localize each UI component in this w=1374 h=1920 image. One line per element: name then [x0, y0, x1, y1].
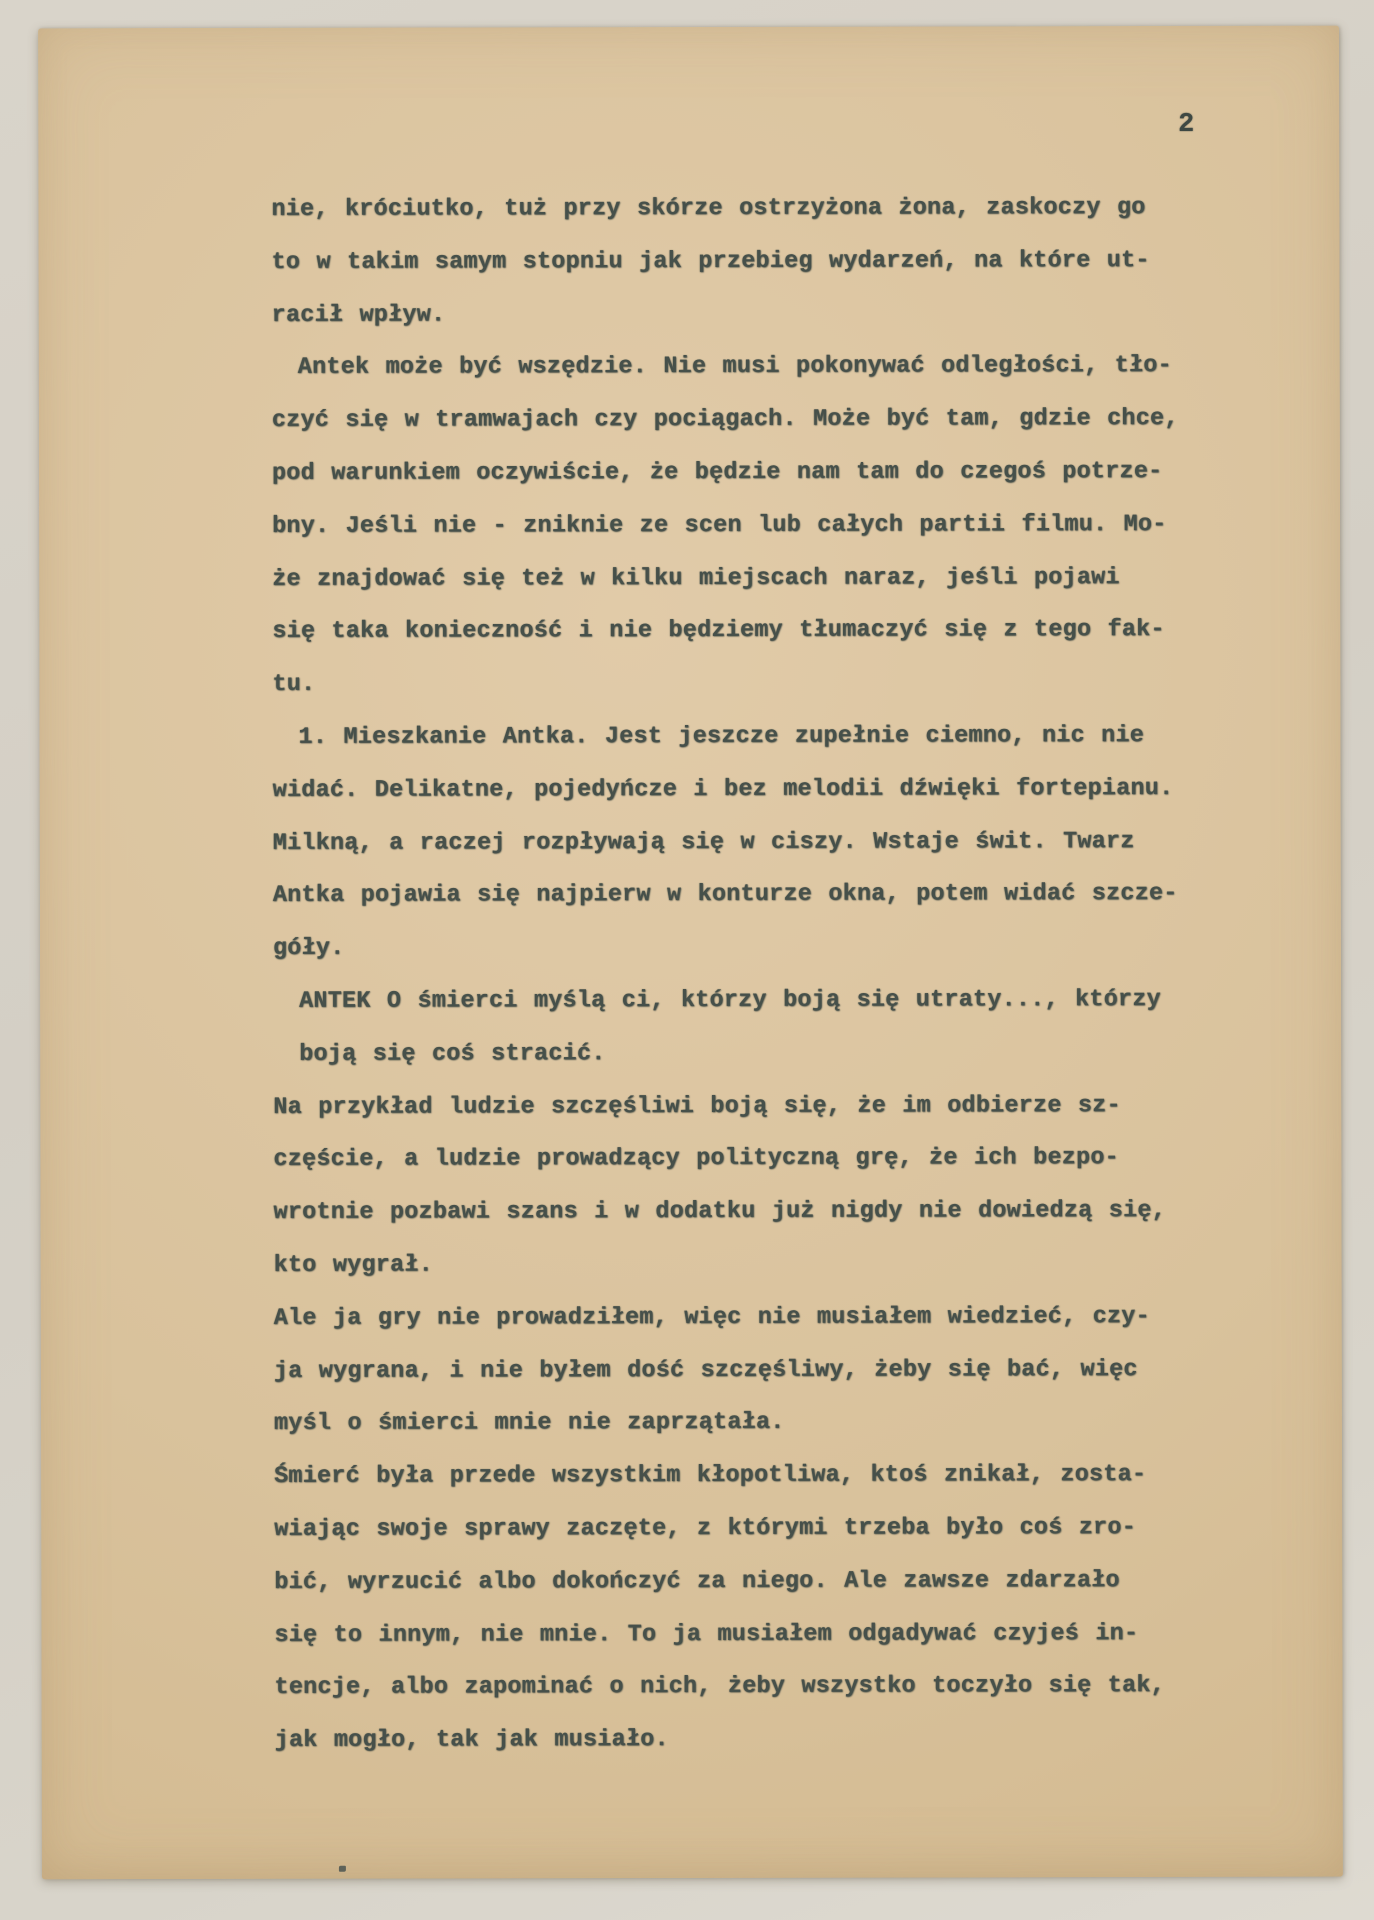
text-line: się to innym, nie mnie. To ja musiałem o… [274, 1607, 1184, 1662]
text-line: Śmierć była przede wszystkim kłopotliwa,… [274, 1449, 1184, 1504]
document-page: 2 nie, króciutko, tuż przy skórze ostrzy… [38, 26, 1343, 1880]
text-line: racił wpływ. [272, 288, 1182, 343]
text-line: tu. [272, 657, 1182, 712]
text-line: pod warunkiem oczywiście, że będzie nam … [272, 446, 1182, 501]
text-line: Milkną, a raczej rozpływają się w ciszy.… [273, 816, 1183, 871]
scan-background: 2 nie, króciutko, tuż przy skórze ostrzy… [0, 0, 1374, 1920]
text-line: bny. Jeśli nie - zniknie ze scen lub cał… [272, 499, 1182, 554]
text-line: ja wygrana, i nie byłem dość szczęśliwy,… [274, 1343, 1184, 1398]
text-line: Antek może być wszędzie. Nie musi pokony… [272, 340, 1182, 395]
typewritten-text-block: nie, króciutko, tuż przy skórze ostrzyżo… [271, 182, 1184, 1768]
text-line: widać. Delikatne, pojedyńcze i bez melod… [273, 763, 1183, 818]
text-line: Antka pojawia się najpierw w konturze ok… [273, 868, 1183, 923]
text-line: 1. Mieszkanie Antka. Jest jeszcze zupełn… [272, 710, 1182, 765]
text-line: wrotnie pozbawi szans i w dodatku już ni… [273, 1185, 1183, 1240]
text-line: się taka konieczność i nie będziemy tłum… [272, 604, 1182, 659]
ink-speck [339, 1866, 346, 1872]
text-line: myśl o śmierci mnie nie zaprzątała. [274, 1396, 1184, 1451]
text-line: jak mogło, tak jak musiało. [275, 1713, 1185, 1768]
text-line: bić, wyrzucić albo dokończyć za niego. A… [274, 1555, 1184, 1610]
page-number: 2 [1166, 110, 1206, 140]
text-line: czyć się w tramwajach czy pociągach. Moż… [272, 393, 1182, 448]
text-line: nie, króciutko, tuż przy skórze ostrzyżo… [271, 182, 1181, 237]
text-line: Na przykład ludzie szczęśliwi boją się, … [273, 1080, 1183, 1135]
text-line: wiając swoje sprawy zaczęte, z którymi t… [274, 1502, 1184, 1557]
text-line: tencje, albo zapominać o nich, żeby wszy… [274, 1660, 1184, 1715]
text-line: Ale ja gry nie prowadziłem, więc nie mus… [274, 1291, 1184, 1346]
text-line: że znajdować się też w kilku miejscach n… [272, 552, 1182, 607]
text-line: góły. [273, 921, 1183, 976]
text-line: ANTEK O śmierci myślą ci, którzy boją si… [273, 974, 1183, 1029]
text-line: kto wygrał. [274, 1238, 1184, 1293]
text-line: boją się coś stracić. [273, 1027, 1183, 1082]
text-line: to w takim samym stopniu jak przebieg wy… [271, 235, 1181, 290]
text-line: częście, a ludzie prowadzący polityczną … [273, 1132, 1183, 1187]
